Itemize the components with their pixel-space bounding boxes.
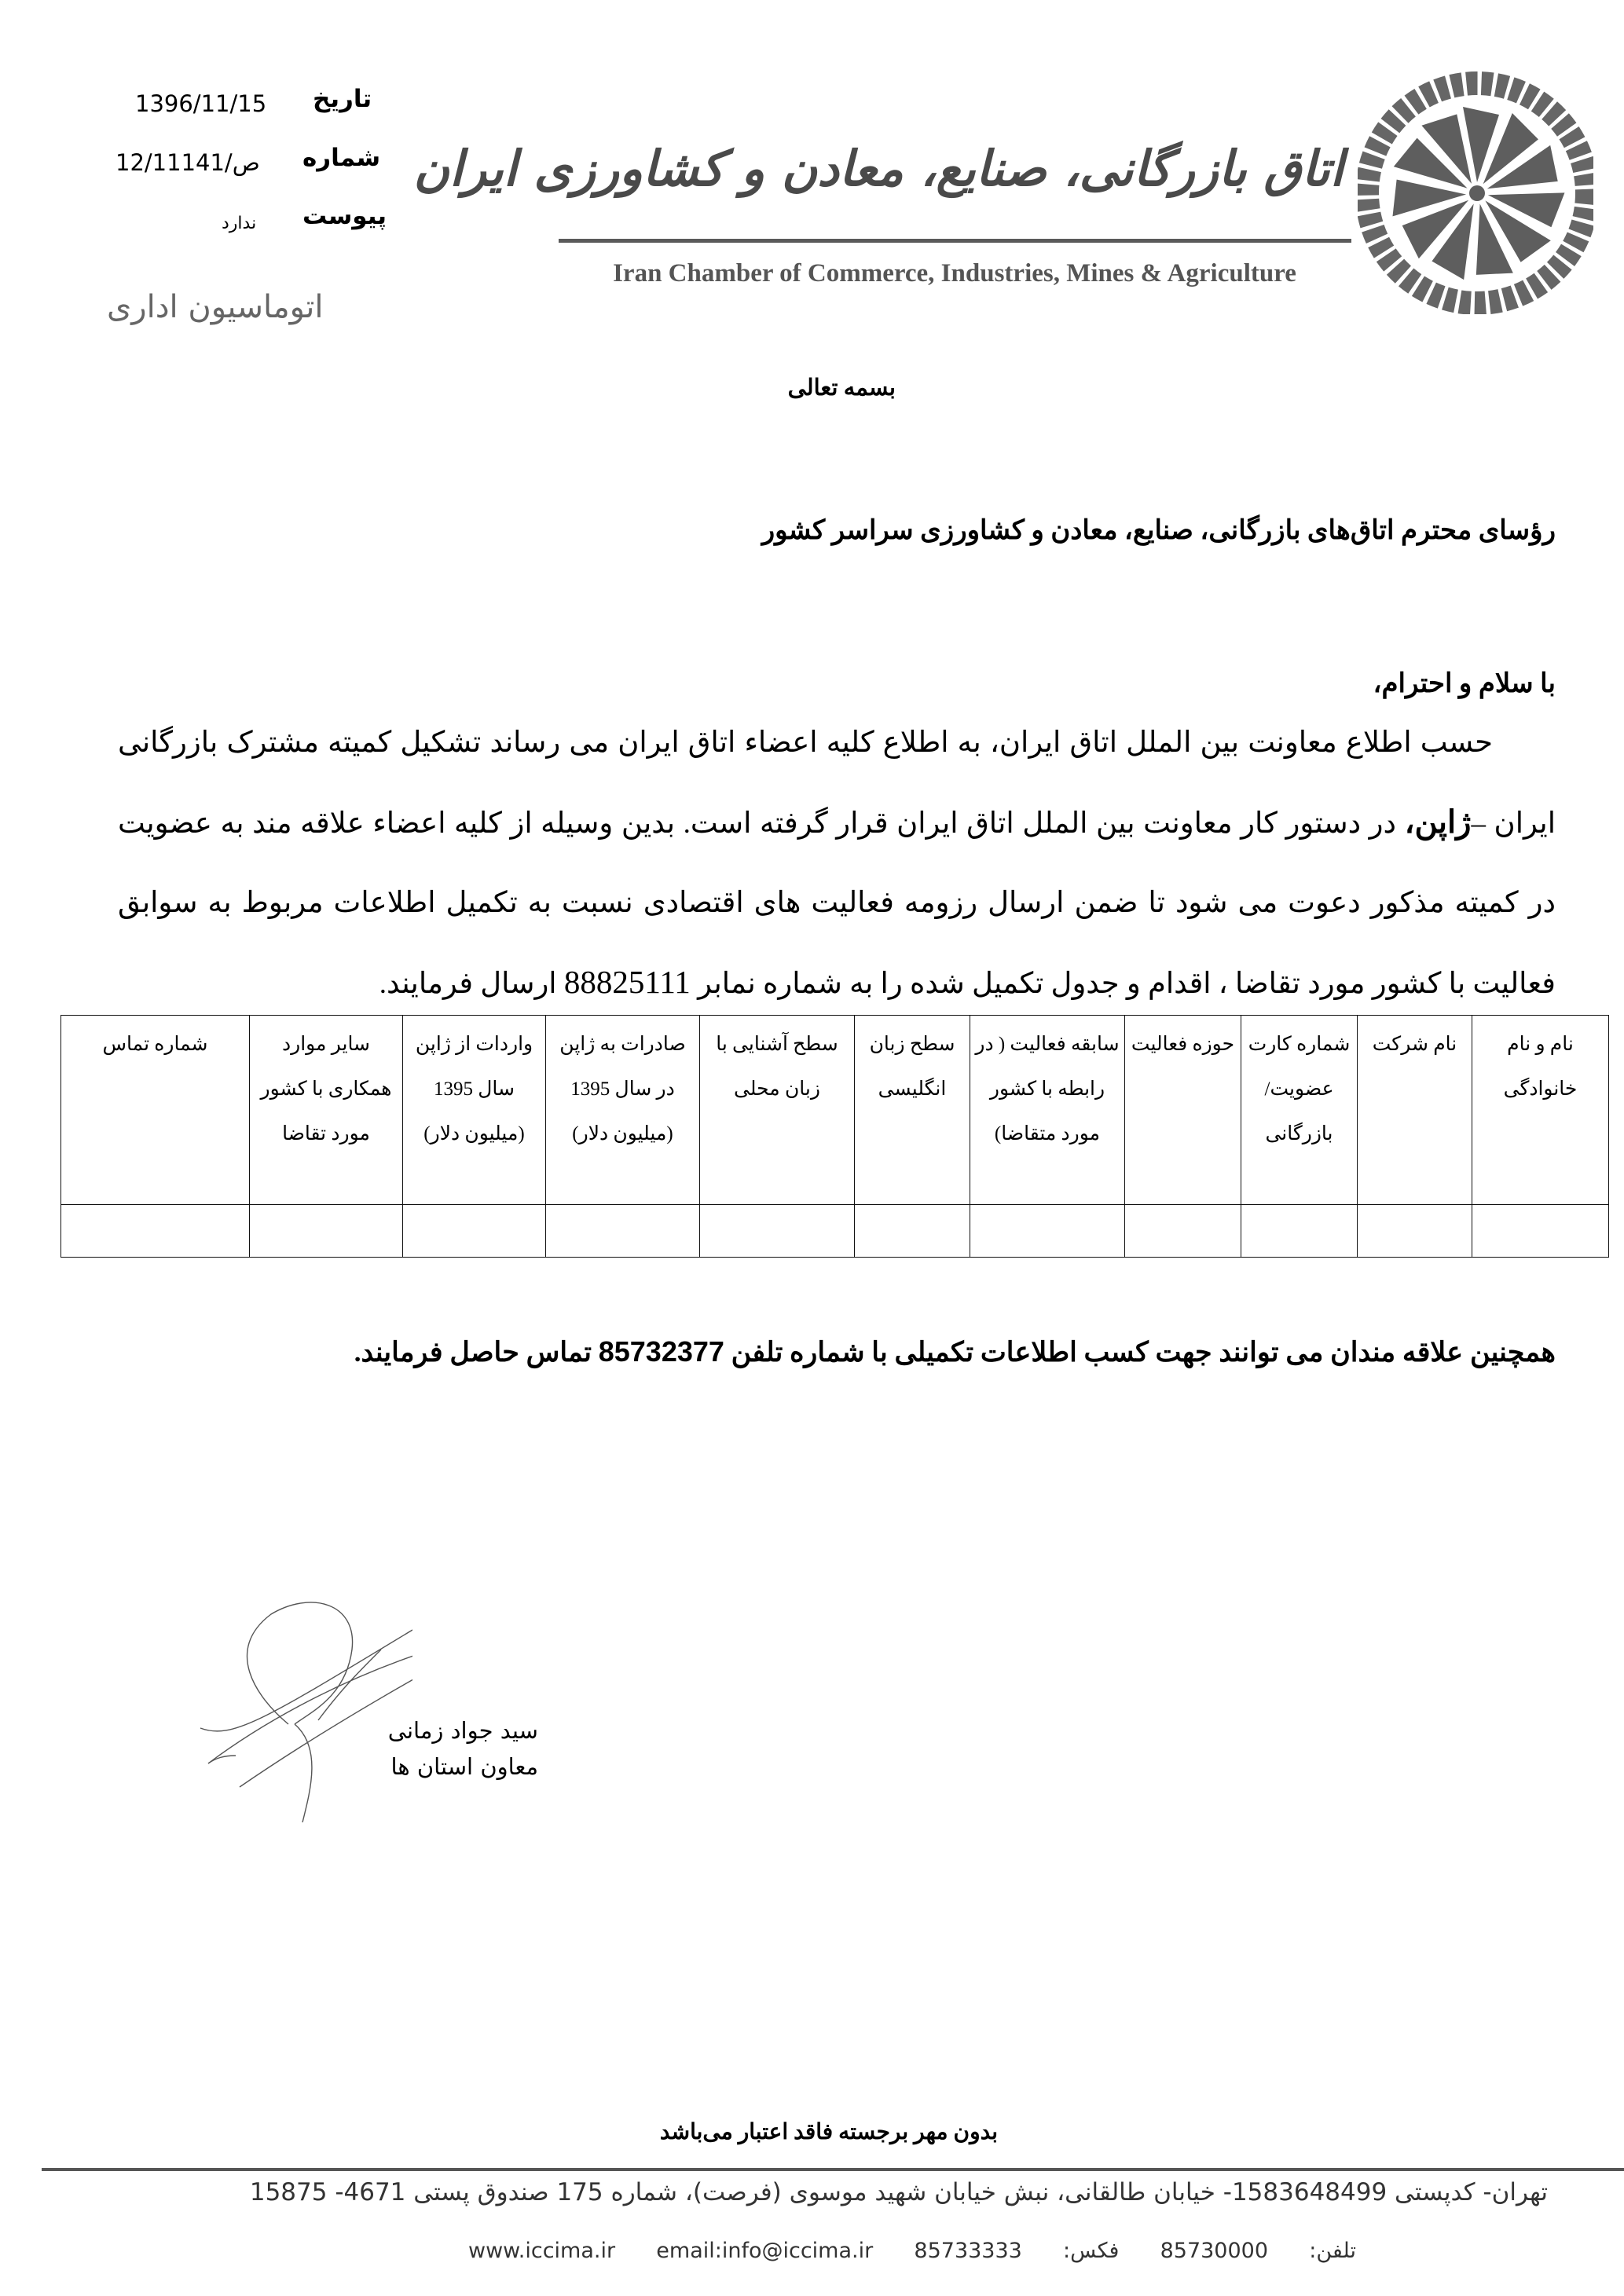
table-header-row: نام و نام خانوادگی نام شرکت شماره کارت ع…	[61, 1016, 1609, 1205]
footer-email[interactable]: email:info@iccima.ir	[656, 2239, 873, 2263]
signer-title: معاون استان ها	[330, 1749, 538, 1785]
footer-address: تهران- کدپستی 1583648499- خیابان طالقانی…	[228, 2178, 1548, 2206]
cell-full-name[interactable]	[1472, 1205, 1609, 1258]
cell-imports[interactable]	[403, 1205, 546, 1258]
cell-english-level[interactable]	[855, 1205, 970, 1258]
applicant-form-table: نام و نام خانوادگی نام شرکت شماره کارت ع…	[60, 1015, 1609, 1258]
col-contact-number: شماره تماس	[61, 1016, 250, 1205]
date-value: 1396/11/15	[135, 90, 266, 117]
followup-after: تماس حاصل فرمایند.	[354, 1337, 592, 1368]
footer-website[interactable]: www.iccima.ir	[468, 2239, 615, 2263]
office-automation-label: اتوماسیون اداری	[107, 289, 324, 325]
body-part-3: ارسال فرمایند.	[379, 968, 557, 1000]
header-divider	[559, 239, 1351, 243]
col-activity-field: حوزه فعالیت	[1125, 1016, 1241, 1205]
col-company-name: نام شرکت	[1358, 1016, 1472, 1205]
col-full-name: نام و نام خانوادگی	[1472, 1016, 1609, 1205]
col-activity-history: سابقه فعالیت ( در رابطه با کشور مورد متق…	[970, 1016, 1125, 1205]
invocation: بسمه تعالی	[739, 374, 896, 401]
number-label: شماره	[302, 144, 380, 172]
handwritten-signature-icon	[177, 1587, 412, 1822]
cell-membership-card-number[interactable]	[1241, 1205, 1358, 1258]
cell-other-cooperation[interactable]	[250, 1205, 403, 1258]
footer-fax-number: 85733333	[914, 2239, 1021, 2263]
fax-number: 88825111	[564, 964, 691, 1000]
followup-phone: 85732377	[599, 1335, 724, 1368]
footer-phone-number: 85730000	[1160, 2239, 1268, 2263]
country-highlight: ژاپن،	[1405, 804, 1472, 840]
embossed-seal-notice: بدون مهر برجسته فاقد اعتبار می‌باشد	[629, 2118, 1029, 2145]
col-exports: صادرات به ژاپن در سال 1395 (میلیون دلار)	[546, 1016, 700, 1205]
body-part-2: در دستور کار معاونت بین الملل اتاق ایران…	[118, 807, 1556, 1000]
letter-body: حسب اطلاع معاونت بین الملل اتاق ایران، ب…	[118, 703, 1556, 1023]
cell-activity-field[interactable]	[1125, 1205, 1241, 1258]
followup-before: همچنین علاقه مندان می توانند جهت کسب اطل…	[731, 1337, 1556, 1368]
col-membership-card-number: شماره کارت عضویت/بازرگانی	[1241, 1016, 1358, 1205]
reference-number: 12/11141/ص	[115, 149, 260, 176]
attachment-value: ندارد	[222, 214, 256, 233]
org-name-persian: اتاق بازرگانی، صنایع، معادن و کشاورزی ای…	[691, 140, 1344, 197]
attachment-label: پیوست	[302, 202, 387, 230]
addressee: رؤسای محترم اتاق‌های بازرگانی، صنایع، مع…	[644, 514, 1556, 546]
col-imports: واردات از ژاپن سال 1395 (میلیون دلار)	[403, 1016, 546, 1205]
cell-activity-history[interactable]	[970, 1205, 1125, 1258]
cell-company-name[interactable]	[1358, 1205, 1472, 1258]
col-local-language-level: سطح آشنایی با زبان محلی	[700, 1016, 855, 1205]
footer-phone-label: تلفن:	[1309, 2239, 1356, 2263]
followup-sentence: همچنین علاقه مندان می توانند جهت کسب اطل…	[267, 1335, 1556, 1368]
date-label: تاریخ	[313, 85, 372, 113]
col-other-cooperation: سایر موارد همکاری با کشور مورد تقاضا	[250, 1016, 403, 1205]
iccima-emblem-icon	[1358, 69, 1593, 314]
signer-name: سید جواد زمانی	[330, 1712, 538, 1749]
footer-divider	[42, 2168, 1624, 2171]
footer-fax-label: فکس:	[1063, 2239, 1119, 2263]
signer-block: سید جواد زمانی معاون استان ها	[330, 1712, 538, 1785]
footer-contact-line: www.iccima.ir email:info@iccima.ir 85733…	[468, 2239, 1356, 2263]
cell-exports[interactable]	[546, 1205, 700, 1258]
org-name-english: Iran Chamber of Commerce, Industries, Mi…	[559, 259, 1350, 288]
col-english-level: سطح زبان انگلیسی	[855, 1016, 970, 1205]
cell-contact-number[interactable]	[61, 1205, 250, 1258]
greeting: با سلام و احترام،	[1226, 668, 1556, 699]
table-row	[61, 1205, 1609, 1258]
reference-number-value: 12/11141/ص	[115, 149, 260, 176]
cell-local-language-level[interactable]	[700, 1205, 855, 1258]
